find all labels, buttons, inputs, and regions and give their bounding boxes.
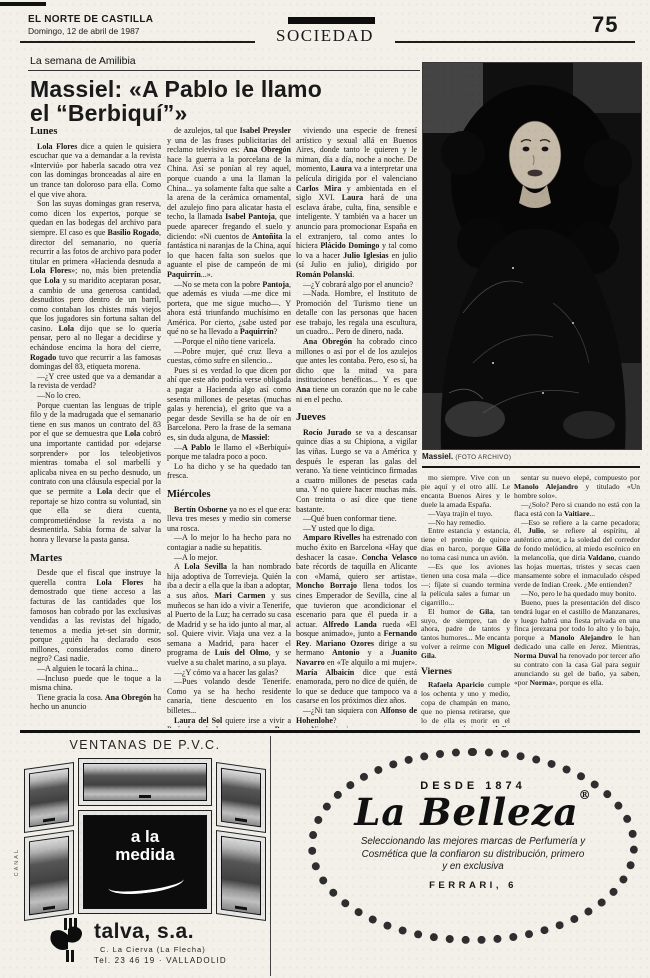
article-paragraph: Lo ha dicho y se ha quedado tan fresca. — [167, 462, 291, 481]
article-paragraph: —Pobre mujer, qué cruz lleva a cuestas, … — [167, 347, 291, 366]
article-paragraph: —Qué buen conformar tiene. — [296, 514, 417, 524]
ad-la-belleza: DESDE 1874 La Belleza® Seleccionando las… — [308, 748, 638, 944]
article-paragraph: —A Pablo le llamo el «Berbiquí» porque m… — [167, 443, 291, 462]
belleza-address: FERRARI, 6 — [316, 880, 630, 891]
article-paragraph: Laura del Sol quiere irse a vivir a Parí… — [167, 716, 291, 728]
article-paragraph: El humor de Gila, tan suyo, de siempre, … — [421, 608, 510, 661]
day-heading: Jueves — [296, 413, 417, 423]
ad-ventanas-talva: VENTANAS DE P.V.C. a la medida — [20, 736, 270, 976]
window-right-top — [216, 762, 266, 833]
article-paragraph: Amparo Rivelles ha estrenado con mucho é… — [296, 533, 417, 706]
talva-logo — [48, 918, 88, 962]
masthead-paper-name: EL NORTE DE CASTILLA — [28, 14, 153, 25]
ad-side-credit: CANAL — [14, 848, 20, 876]
article-paragraph: —¿Y cobrará algo por el anuncio? — [296, 280, 417, 290]
article-paragraph: —Pues volando desde Tenerife. Como ya se… — [167, 677, 291, 715]
newspaper-page: EL NORTE DE CASTILLA Domingo, 12 de abri… — [0, 0, 650, 978]
masthead-date: Domingo, 12 de abril de 1987 — [28, 26, 140, 36]
article-paragraph: Rafaela Aparicio cumple los ochenta y un… — [421, 681, 510, 727]
article-paragraph: —¿Y cree usted que va a demandar a la re… — [30, 372, 161, 391]
article-paragraph: —Porque el niño tiene varicela. — [167, 337, 291, 347]
talva-phone: Tel. 23 46 19 · VALLADOLID — [94, 956, 227, 965]
day-heading: Lunes — [30, 127, 161, 137]
article-paragraph: —¿Y cómo va a hacer las galas? — [167, 668, 291, 678]
article-paragraph: —A lo mejor lo ha hecho para no contagia… — [167, 533, 291, 552]
article-paragraph: Son las suyas domingas gran reserva, com… — [30, 199, 161, 372]
article-column-5: sentar su nuevo elepé, compuesto por Man… — [514, 474, 640, 727]
article-paragraph: —Eso se refiere a la carne pecadora; él,… — [514, 519, 640, 590]
article-paragraph: —Nada. Hombre, el Instituto de Promoción… — [296, 289, 417, 337]
article-paragraph: —No se meta con la pobre Pantoja, que ad… — [167, 280, 291, 338]
article-column-4: mo siempre. Vive con un pie aquí y el ot… — [421, 474, 510, 727]
article-paragraph: Porque cuentan las lenguas de triple fil… — [30, 401, 161, 545]
caption-rule — [422, 466, 640, 468]
photo-caption-name: Massiel. — [422, 452, 453, 461]
talva-address: C. La Cierva (La Flecha) — [100, 945, 206, 954]
day-heading: Miércoles — [167, 490, 291, 500]
article-paragraph: —¿Ni tan siquiera con Alfonso de Hohenlo… — [296, 706, 417, 725]
window-left-top — [24, 762, 74, 833]
belleza-tagline: Seleccionando las mejores marcas de Perf… — [316, 836, 630, 874]
scan-artifact-bar — [0, 2, 46, 6]
headline: Massiel: «A Pablo le llamo el “Berbiquí”… — [30, 77, 420, 125]
talva-brand-name: talva, s.a. — [94, 920, 194, 944]
article-paragraph: Tiene gracia la cosa. Ana Obregón ha hec… — [30, 693, 161, 712]
article-paragraph: Lola Flores dice a quien le quisiera esc… — [30, 142, 161, 200]
article-paragraph: —Y usted que lo diga. — [296, 524, 417, 534]
window-center-top — [78, 758, 212, 806]
day-heading: Martes — [30, 554, 161, 564]
slogan-underline-swoosh — [107, 869, 185, 897]
massiel-photo — [422, 62, 642, 450]
article-paragraph: —A lo mejor. — [167, 553, 291, 563]
headline-line2: el “Berbiquí”» — [30, 101, 420, 125]
article-paragraph: —No lo creo. — [30, 391, 161, 401]
page-number: 75 — [592, 12, 618, 38]
article-paragraph: sentar su nuevo elepé, compuesto por Man… — [514, 474, 640, 501]
section-title: SOCIEDAD — [255, 26, 395, 46]
article-column-2: de azulejos, tal que Isabel Preysler y u… — [167, 126, 291, 728]
photo-caption-credit: (FOTO ARCHIVO) — [455, 454, 511, 461]
article-paragraph: —Incluso puede que le toque a la misma c… — [30, 674, 161, 693]
ventanas-ad-title: VENTANAS DE P.V.C. — [20, 738, 270, 752]
kicker: La semana de Amilibia — [30, 55, 136, 67]
kicker-rule — [28, 70, 420, 71]
article-paragraph: de azulejos, tal que Isabel Preysler y u… — [167, 126, 291, 280]
window-center-slogan: a la medida — [78, 810, 212, 914]
headline-line1: Massiel: «A Pablo le llamo — [30, 77, 420, 101]
article-paragraph: —¿Solo? Pero si cuando no está con la fl… — [514, 501, 640, 519]
window-right-bottom — [216, 830, 266, 921]
article-paragraph: A Lola Sevilla la han nombrado hija adop… — [167, 562, 291, 668]
article-column-3: viviendo una especie de frenesí artístic… — [296, 126, 417, 728]
registered-mark: ® — [579, 788, 592, 802]
day-heading: Viernes — [421, 668, 510, 677]
article-paragraph: Rocío Jurado se va a descansar quince dí… — [296, 428, 417, 514]
article-paragraph: Pues si es verdad lo que dicen por ahí q… — [167, 366, 291, 443]
section-black-bar — [288, 17, 375, 24]
article-paragraph: —Ni tan siquiera. — [296, 725, 417, 728]
article-paragraph: viviendo una especie de frenesí artístic… — [296, 126, 417, 280]
ad-column-divider — [270, 736, 271, 976]
article-bottom-rule — [20, 730, 640, 733]
article-paragraph: mo siempre. Vive con un pie aquí y el ot… — [421, 474, 510, 510]
article-paragraph: Ana Obregón ha cobrado cinco millones o … — [296, 337, 417, 404]
article-paragraph: Entre estancia y estancia, tiene el prem… — [421, 527, 510, 563]
article-paragraph: —A alguien le tocará la china... — [30, 664, 161, 674]
article-paragraph: —Es que los aviones tienen una cosa mala… — [421, 563, 510, 608]
article-paragraph: Bertín Osborne ya no es el que era: llev… — [167, 505, 291, 534]
belleza-brand-name: La Belleza® — [316, 788, 630, 834]
article-paragraph: Desde que el fiscal que instruye la quer… — [30, 568, 161, 664]
article-column-1: LunesLola Flores dice a quien le quisier… — [30, 126, 161, 728]
article-paragraph: Bueno, pues la presentación del disco te… — [514, 599, 640, 688]
ventanas-slogan: a la medida — [84, 828, 206, 864]
window-left-bottom — [24, 830, 74, 921]
photo-caption: Massiel. (FOTO ARCHIVO) — [422, 452, 640, 461]
